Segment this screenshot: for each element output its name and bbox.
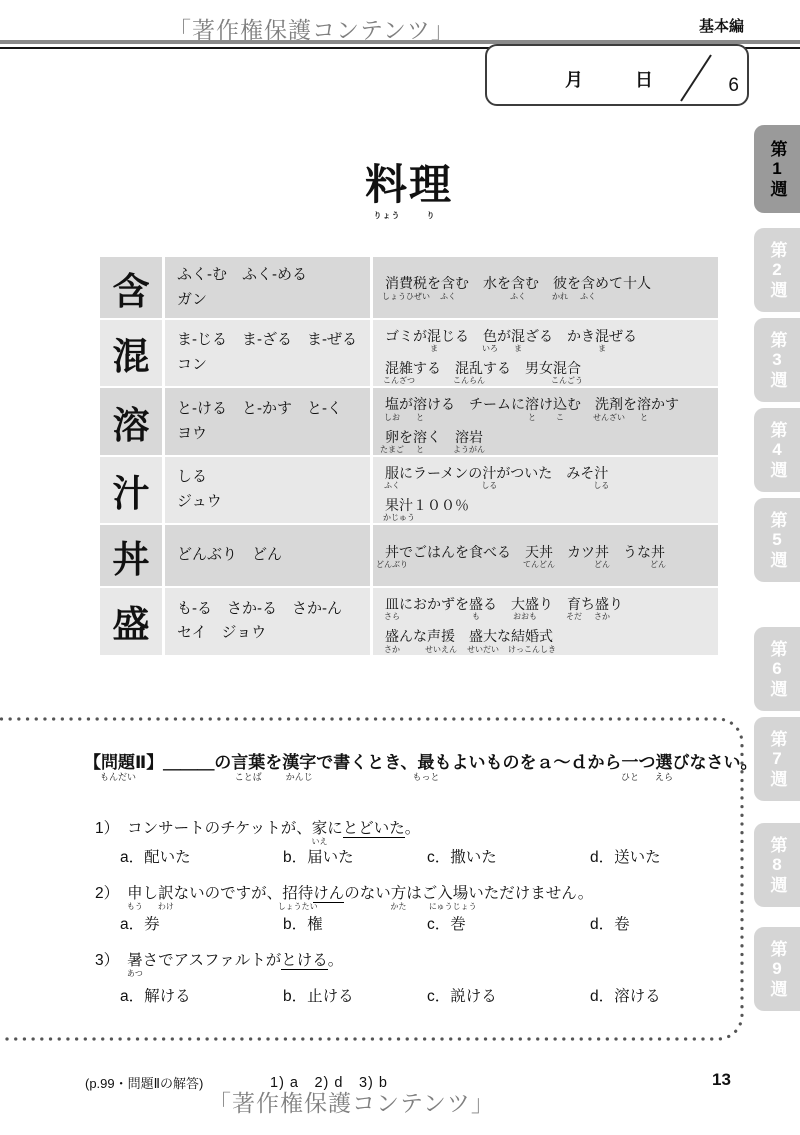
readings-cell: ふく‐む ふく‐める ガン xyxy=(165,257,370,318)
page-number: 13 xyxy=(712,1070,731,1090)
tab-week-1: 第1週 xyxy=(754,125,800,213)
question-text: コンサートのチケットが、家いえにとどいた。 xyxy=(127,820,420,837)
book-page: 「著作権保護コンテンツ」 基本編 月 日 6 第1週 第2週 第3週 第4週 第… xyxy=(0,0,800,1135)
option-d: d．溶ける xyxy=(590,984,661,1006)
readings-cell: も‐る さか‐る さか‐ん セイ ジョウ xyxy=(165,588,370,654)
edition-label: 基本編 xyxy=(699,15,744,36)
quiz-options-2: a．券 b．権 c．巻 d．卷 xyxy=(95,912,630,934)
kanji-cell: 汁 xyxy=(100,457,162,523)
option-c: c．説ける xyxy=(427,984,590,1006)
readings-cell: どんぶり どん xyxy=(165,525,370,586)
table-row: 含 ふく‐む ふく‐める ガン 消費税しょうひぜいを含ふくむ 水を含ふくむ 彼か… xyxy=(100,257,718,318)
option-a: a．配いた xyxy=(120,845,283,867)
table-row: 溶 と‐ける と‐かす と‐く ヨウ 塩しおが溶とける チームに溶とけ込こむ 洗… xyxy=(100,388,718,454)
option-b: b．止ける xyxy=(283,984,427,1006)
tab-week-5: 第5週 xyxy=(754,498,800,582)
question-text: 暑あつさでアスファルトがとける。 xyxy=(127,952,343,969)
option-c: c．巻 xyxy=(427,912,590,934)
copyright-watermark-bottom: 「著作権保護コンテンツ」 xyxy=(208,1085,495,1118)
kanji-cell: 盛 xyxy=(100,588,162,654)
examples-cell: 皿さらにおかずを盛もる 大盛おおもり 育そだち盛さかり 盛さかんな声援せいえん … xyxy=(373,588,718,654)
readings-cell: しる ジュウ xyxy=(165,457,370,523)
kanji-cell: 含 xyxy=(100,257,162,318)
kanji-cell: 溶 xyxy=(100,388,162,454)
table-row: 盛 も‐る さか‐る さか‐ん セイ ジョウ 皿さらにおかずを盛もる 大盛おおも… xyxy=(100,588,718,654)
score-slash-icon xyxy=(673,49,719,105)
date-score-box: 月 日 6 xyxy=(485,44,749,106)
kanji-cell: 混 xyxy=(100,320,162,386)
month-label: 月 xyxy=(565,66,583,92)
tab-week-6: 第6週 xyxy=(754,627,800,711)
question-number: 2） xyxy=(95,885,119,902)
examples-cell: 丼どんぶりでごはんを食べる 天丼てんどん カツ丼どん うな丼どん xyxy=(373,525,718,586)
option-d: d．送いた xyxy=(590,845,661,867)
option-c: c．撒いた xyxy=(427,845,590,867)
question-number: 3） xyxy=(95,952,119,969)
tab-week-2: 第2週 xyxy=(754,228,800,312)
quiz-options-3: a．解ける b．止ける c．説ける d．溶ける xyxy=(95,984,661,1006)
readings-cell: と‐ける と‐かす と‐く ヨウ xyxy=(165,388,370,454)
kanji-table: 含 ふく‐む ふく‐める ガン 消費税しょうひぜいを含ふくむ 水を含ふくむ 彼か… xyxy=(100,257,718,657)
page-title: 料りょう理り xyxy=(100,152,718,212)
option-a: a．解ける xyxy=(120,984,283,1006)
quiz-options-1: a．配いた b．届いた c．撒いた d．送いた xyxy=(95,845,661,867)
tab-week-4: 第4週 xyxy=(754,408,800,492)
examples-cell: 服ふくにラーメンの汁しるがついた みそ汁しる 果汁かじゅう１００％ xyxy=(373,457,718,523)
option-b: b．届いた xyxy=(283,845,427,867)
tab-week-7: 第7週 xyxy=(754,717,800,801)
score-denominator: 6 xyxy=(728,75,739,97)
examples-cell: 塩しおが溶とける チームに溶とけ込こむ 洗剤せんざいを溶とかす 卵たまごを溶とく… xyxy=(373,388,718,454)
table-row: 混 ま‐じる ま‐ざる ま‐ぜる コン ゴミが混まじる 色いろが混まざる かき混… xyxy=(100,320,718,386)
table-row: 汁 しる ジュウ 服ふくにラーメンの汁しるがついた みそ汁しる 果汁かじゅう１０… xyxy=(100,457,718,523)
option-b: b．権 xyxy=(283,912,427,934)
answer-key-note: (p.99・問題Ⅱの解答) xyxy=(85,1073,203,1092)
examples-cell: 消費税しょうひぜいを含ふくむ 水を含ふくむ 彼かれを含ふくめて十人 xyxy=(373,257,718,318)
examples-cell: ゴミが混まじる 色いろが混まざる かき混まぜる 混雑こんざつする 混乱こんらんす… xyxy=(373,320,718,386)
option-d: d．卷 xyxy=(590,912,630,934)
day-label: 日 xyxy=(635,66,653,92)
quiz-question-1: 1）コンサートのチケットが、家いえにとどいた。 xyxy=(95,816,420,838)
option-a: a．券 xyxy=(120,912,283,934)
tab-week-8: 第8週 xyxy=(754,823,800,907)
question-text: 申もうし訳わけないのですが、招待しょうたいけんのない方かたはご入場にゅうじょうい… xyxy=(127,885,593,902)
tab-week-3: 第3週 xyxy=(754,318,800,402)
table-row: 丼 どんぶり どん 丼どんぶりでごはんを食べる 天丼てんどん カツ丼どん うな丼… xyxy=(100,525,718,586)
tab-week-9: 第9週 xyxy=(754,927,800,1011)
quiz-question-3: 3）暑あつさでアスファルトがとける。 xyxy=(95,948,343,970)
kanji-cell: 丼 xyxy=(100,525,162,586)
quiz-question-2: 2）申もうし訳わけないのですが、招待しょうたいけんのない方かたはご入場にゅうじょ… xyxy=(95,881,593,903)
question-number: 1） xyxy=(95,820,119,837)
quiz-heading: 【問題もんだいⅡ】＿＿＿の言葉ことばを漢字かんじで書くとき、最もっともよいものを… xyxy=(84,748,758,773)
readings-cell: ま‐じる ま‐ざる ま‐ぜる コン xyxy=(165,320,370,386)
